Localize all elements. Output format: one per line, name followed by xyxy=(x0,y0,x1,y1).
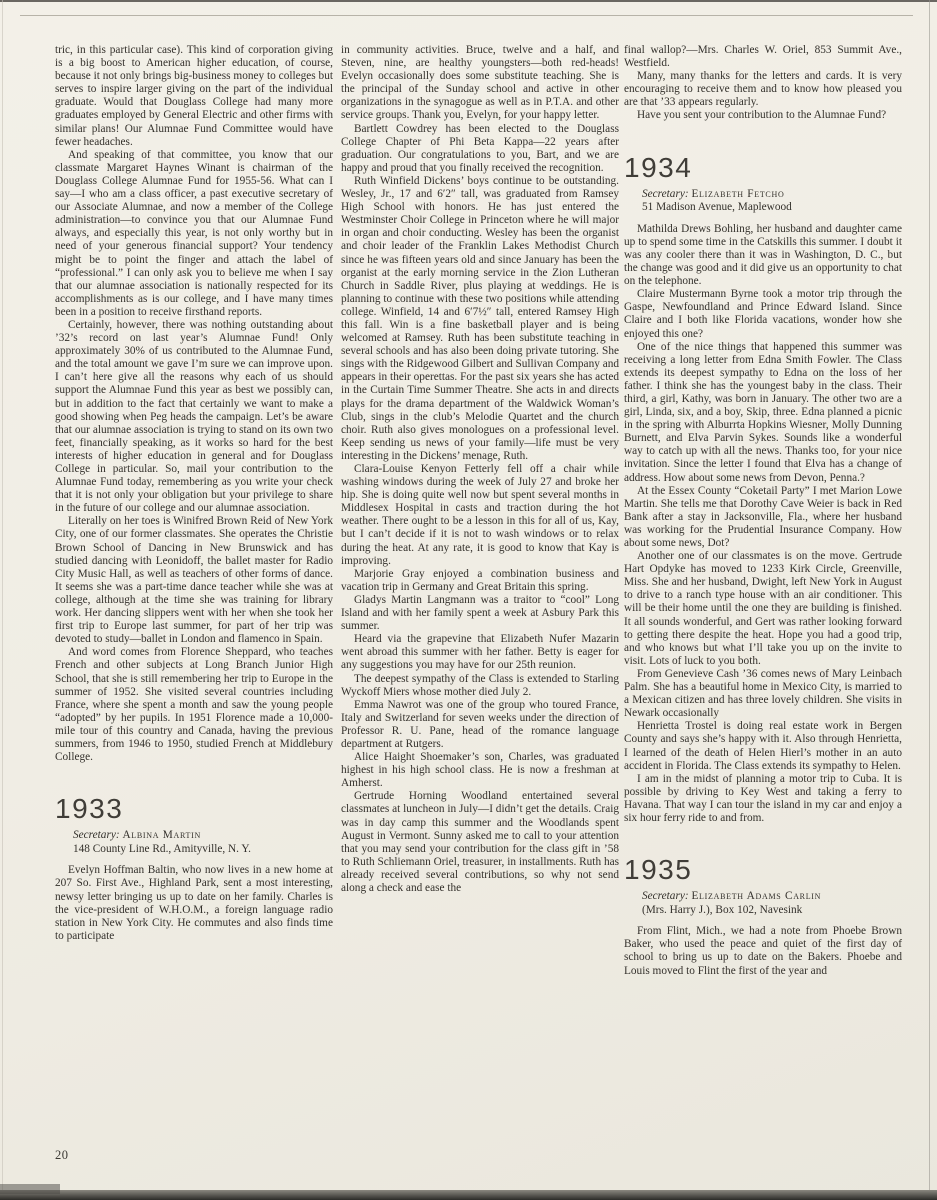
paragraph: From Genevieve Cash ’36 comes news of Ma… xyxy=(624,668,902,720)
secretary-address: (Mrs. Harry J.), Box 102, Navesink xyxy=(642,904,902,918)
paragraph: Bartlett Cowdrey has been elected to the… xyxy=(341,123,619,175)
secretary-address: 51 Madison Avenue, Maplewood xyxy=(642,201,902,215)
paragraph: Many, many thanks for the letters and ca… xyxy=(624,70,902,109)
paragraph: Evelyn Hoffman Baltin, who now lives in … xyxy=(55,864,333,943)
paragraph: Certainly, however, there was nothing ou… xyxy=(55,319,333,515)
scan-edge-bottom xyxy=(0,1190,937,1200)
paragraph: Marjorie Gray enjoyed a combination busi… xyxy=(341,568,619,594)
paragraph: And word comes from Florence Sheppard, w… xyxy=(55,646,333,764)
secretary-label: Secretary: xyxy=(642,890,691,902)
paragraph: Ruth Winfield Dickens’ boys continue to … xyxy=(341,175,619,463)
paragraph: The deepest sympathy of the Class is ext… xyxy=(341,673,619,699)
secretary-block: Secretary: Elizabeth Fetcho51 Madison Av… xyxy=(642,188,902,215)
paragraph: Gertrude Horning Woodland entertained se… xyxy=(341,790,619,895)
paragraph: in community activities. Bruce, twelve a… xyxy=(341,44,619,123)
paragraph: Have you sent your contribution to the A… xyxy=(624,109,902,122)
secretary-name: Elizabeth Adams Carlin xyxy=(691,890,821,902)
class-year-heading: 1934 xyxy=(624,153,902,183)
paragraph: Gladys Martin Langmann was a traitor to … xyxy=(341,594,619,633)
class-year-heading: 1933 xyxy=(55,794,333,824)
secretary-label: Secretary: xyxy=(73,829,122,841)
paragraph: I am in the midst of planning a motor tr… xyxy=(624,773,902,825)
scan-edge-top xyxy=(0,0,937,2)
paragraph: Claire Mustermann Byrne took a motor tri… xyxy=(624,288,902,340)
scan-edge-corner xyxy=(0,1184,60,1194)
scan-edge-right xyxy=(929,0,930,1200)
secretary-label: Secretary: xyxy=(642,188,691,200)
secretary-address: 148 County Line Rd., Amityville, N. Y. xyxy=(73,843,333,857)
paragraph: From Flint, Mich., we had a note from Ph… xyxy=(624,925,902,977)
paragraph: tric, in this particular case). This kin… xyxy=(55,44,333,149)
paragraph: Clara-Louise Kenyon Fetterly fell off a … xyxy=(341,463,619,568)
text-column-right: final wallop?—Mrs. Charles W. Oriel, 853… xyxy=(624,44,902,978)
secretary-name: Albina Martin xyxy=(122,829,201,841)
paragraph: And speaking of that committee, you know… xyxy=(55,149,333,319)
paragraph: Heard via the grapevine that Elizabeth N… xyxy=(341,633,619,672)
paragraph: One of the nice things that happened thi… xyxy=(624,341,902,485)
paragraph: Alice Haight Shoemaker’s son, Charles, w… xyxy=(341,751,619,790)
scan-hairline xyxy=(20,15,913,16)
class-year-heading: 1935 xyxy=(624,855,902,885)
paragraph: Another one of our classmates is on the … xyxy=(624,550,902,668)
paragraph: Henrietta Trostel is doing real estate w… xyxy=(624,720,902,772)
paragraph: At the Essex County “Coketail Party” I m… xyxy=(624,485,902,550)
page-number: 20 xyxy=(55,1148,69,1163)
text-column-middle: in community activities. Bruce, twelve a… xyxy=(341,44,619,895)
secretary-block: Secretary: Elizabeth Adams Carlin(Mrs. H… xyxy=(642,890,902,917)
secretary-name: Elizabeth Fetcho xyxy=(691,188,784,200)
scan-edge-left xyxy=(2,0,3,1200)
paragraph: Emma Nawrot was one of the group who tou… xyxy=(341,699,619,751)
paragraph: Literally on her toes is Winifred Brown … xyxy=(55,515,333,646)
magazine-page: tric, in this particular case). This kin… xyxy=(0,0,937,1200)
paragraph: Mathilda Drews Bohling, her husband and … xyxy=(624,223,902,288)
text-column-left: tric, in this particular case). This kin… xyxy=(55,44,333,943)
secretary-block: Secretary: Albina Martin148 County Line … xyxy=(73,829,333,856)
paragraph: final wallop?—Mrs. Charles W. Oriel, 853… xyxy=(624,44,902,70)
